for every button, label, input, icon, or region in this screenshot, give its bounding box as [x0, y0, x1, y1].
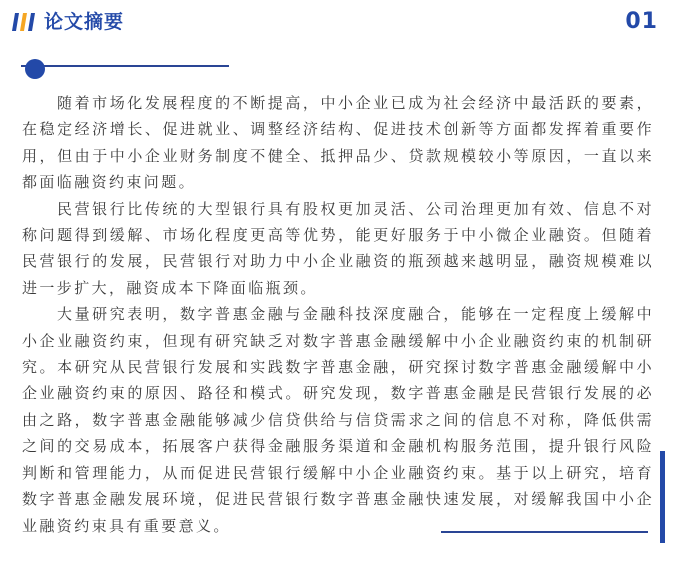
abstract-body: 随着市场化发展程度的不断提高，中小企业已成为社会经济中最活跃的要素，在稳定经济增…	[22, 90, 654, 539]
page-header: 论文摘要 01	[0, 0, 676, 46]
triple-slash-icon	[12, 13, 36, 31]
abstract-paragraph: 随着市场化发展程度的不断提高，中小企业已成为社会经济中最活跃的要素，在稳定经济增…	[22, 90, 654, 196]
divider-dot-icon	[25, 59, 45, 79]
section-title: 论文摘要	[44, 9, 124, 35]
abstract-paragraph: 大量研究表明，数字普惠金融与金融科技深度融合，能够在一定程度上缓解中小企业融资约…	[22, 301, 654, 539]
top-divider-line	[21, 65, 229, 67]
side-accent-bar	[660, 451, 665, 543]
bottom-divider-line	[441, 531, 648, 533]
page-number: 01	[625, 8, 658, 36]
abstract-paragraph: 民营银行比传统的大型银行具有股权更加灵活、公司治理更加有效、信息不对称问题得到缓…	[22, 196, 654, 302]
